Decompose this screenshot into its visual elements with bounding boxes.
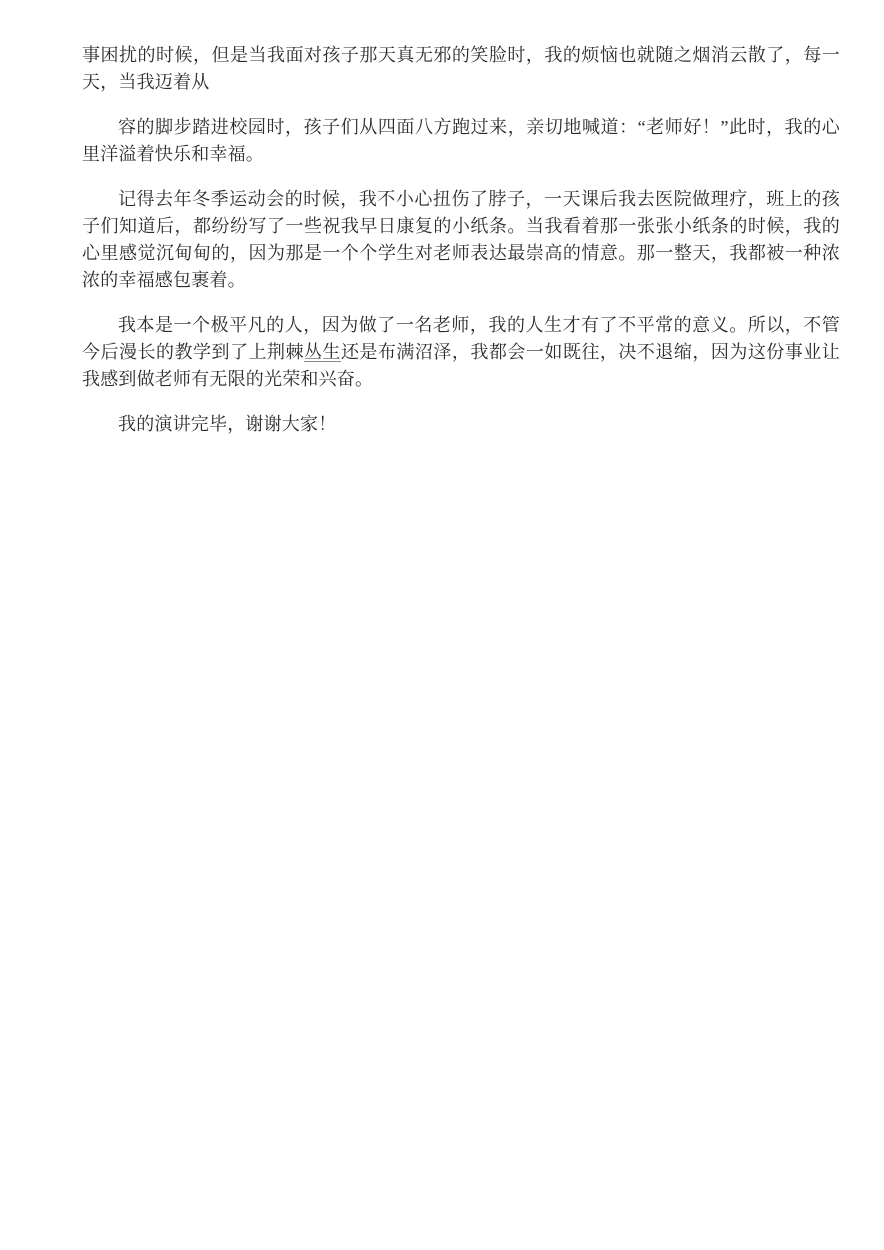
- paragraph: 容的脚步踏进校园时，孩子们从四面八方跑过来，亲切地喊道：“老师好！”此时，我的心…: [82, 114, 840, 168]
- paragraph: 记得去年冬季运动会的时候，我不小心扭伤了脖子，一天课后我去医院做理疗，班上的孩子…: [82, 186, 840, 294]
- paragraph-closing: 我的演讲完毕，谢谢大家！: [82, 411, 840, 438]
- paragraph-continuation: 事困扰的时候，但是当我面对孩子那天真无邪的笑脸时，我的烦恼也就随之烟消云散了，每…: [82, 42, 840, 96]
- underlined-text: 丛生: [304, 342, 341, 362]
- document-page: 事困扰的时候，但是当我面对孩子那天真无邪的笑脸时，我的烦恼也就随之烟消云散了，每…: [0, 0, 884, 1250]
- paragraph: 我本是一个极平凡的人，因为做了一名老师，我的人生才有了不平常的意义。所以，不管今…: [82, 312, 840, 393]
